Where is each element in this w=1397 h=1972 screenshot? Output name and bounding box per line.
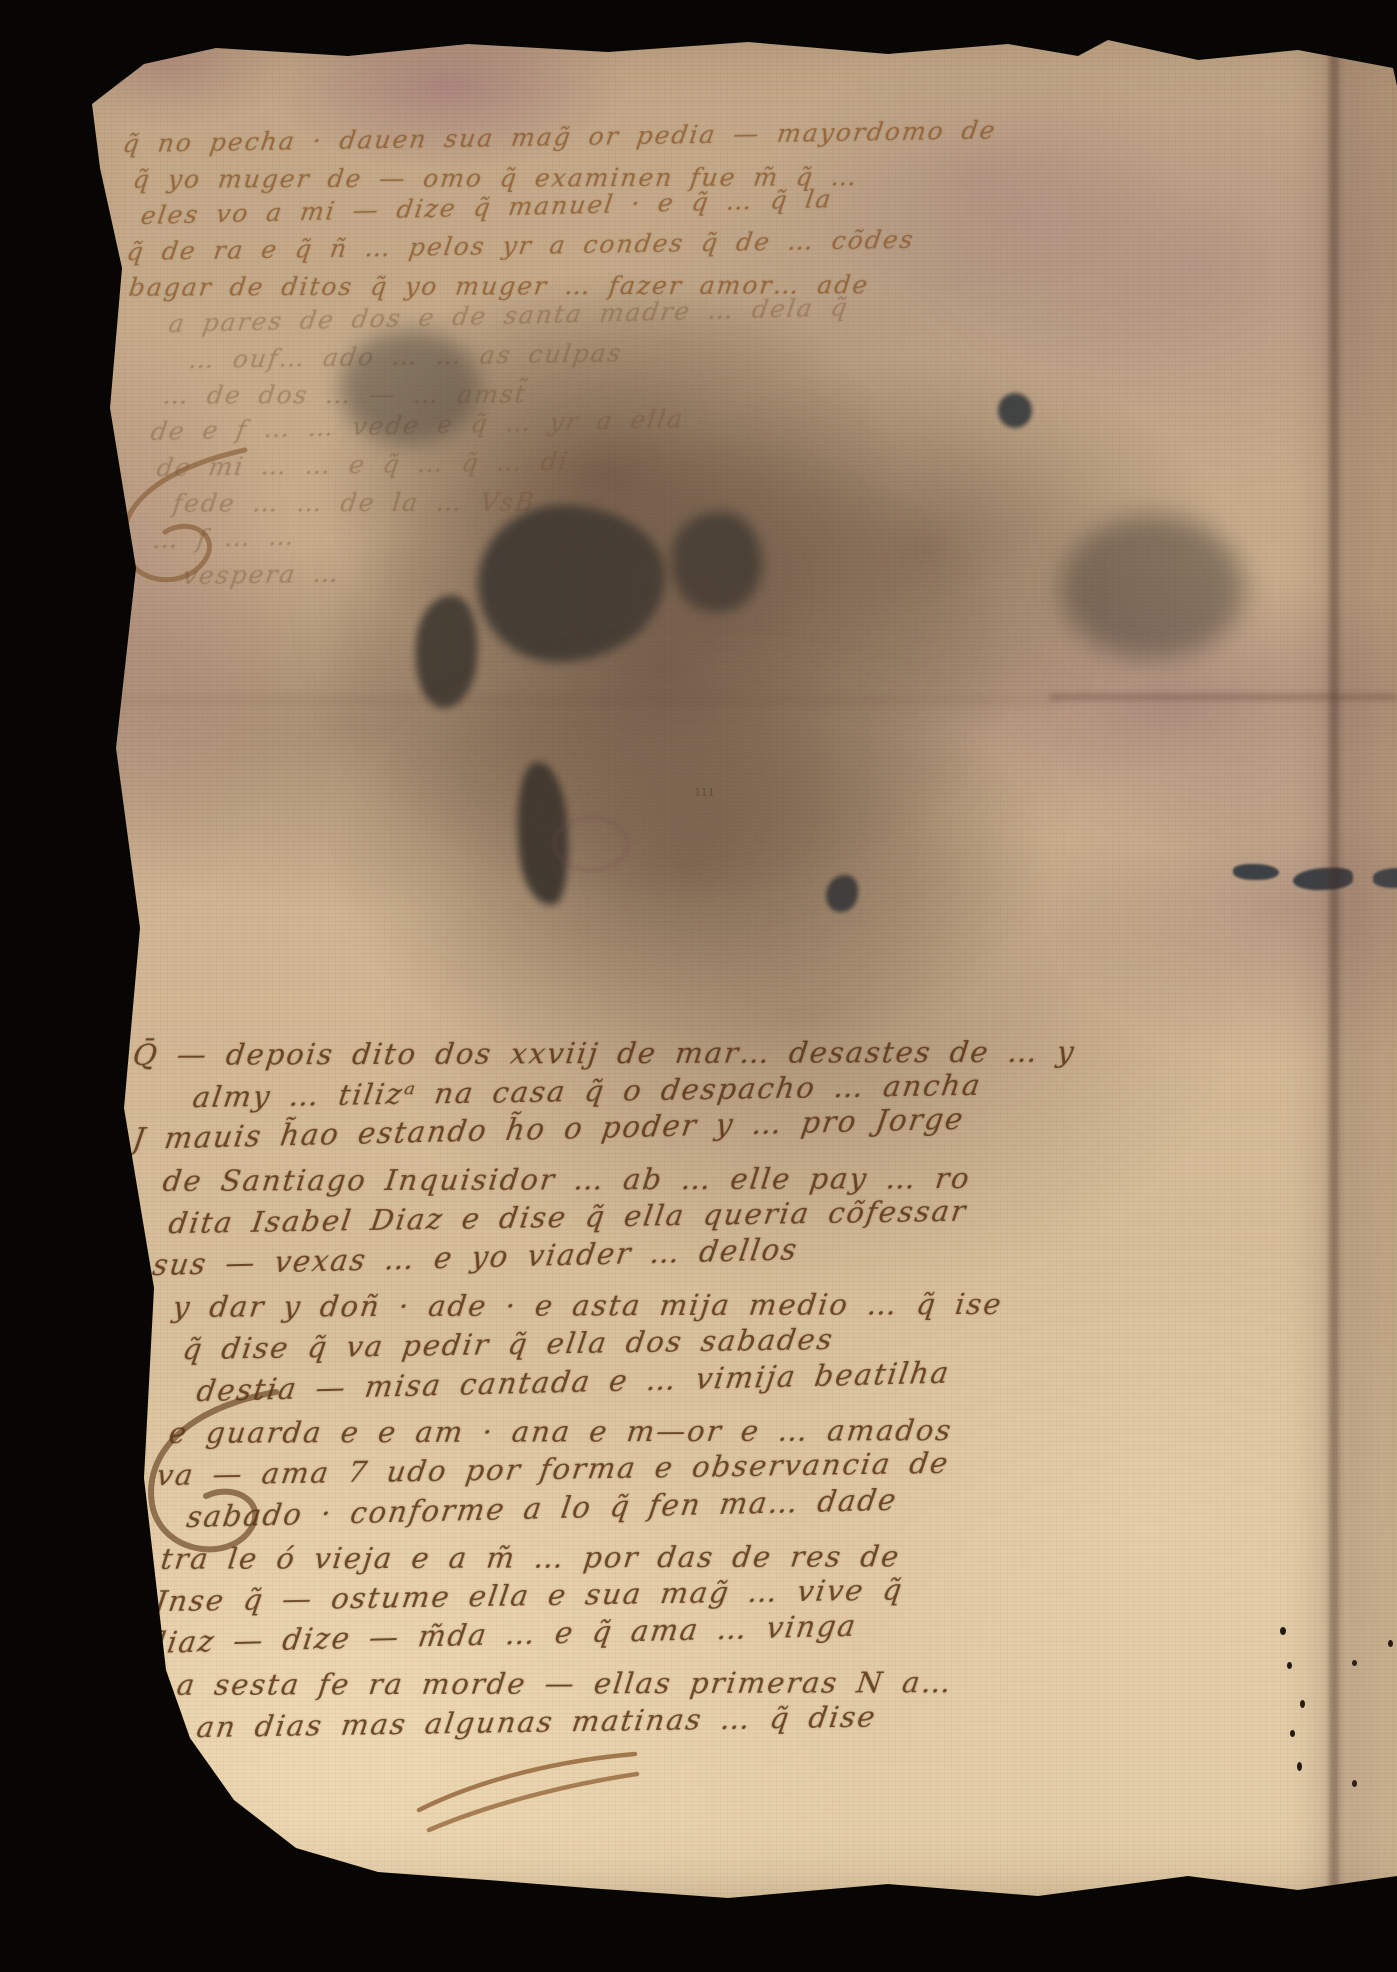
wormhole — [1297, 1762, 1302, 1771]
ink-speck — [1292, 866, 1353, 891]
wormhole — [1290, 1730, 1295, 1737]
horizontal-fold-crease — [1050, 692, 1397, 702]
interline-tick-marks: ııı — [695, 782, 715, 800]
wormhole — [1352, 1780, 1357, 1787]
wormhole — [1352, 1660, 1357, 1666]
fold-shadow-band — [1298, 26, 1397, 1906]
ink-blot-vertical — [407, 591, 485, 712]
wormhole — [1300, 1700, 1305, 1708]
rubric-flourish — [413, 1748, 643, 1836]
wormhole — [1287, 1662, 1292, 1669]
smudge-stain — [340, 330, 480, 445]
ink-blot-small — [826, 875, 858, 912]
edge-speck — [58, 252, 76, 274]
ink-speck — [1233, 864, 1279, 880]
ink-blot-large — [478, 505, 665, 662]
wormhole — [1280, 1627, 1286, 1635]
manuscript-line: q̃ no pecha · dauen sua mag̃ or pedia — … — [120, 111, 1055, 162]
ink-blot-small — [998, 393, 1032, 428]
wormhole — [1388, 1640, 1393, 1647]
ink-speck — [1373, 868, 1397, 888]
ink-blot — [672, 512, 762, 612]
horizontal-fold-crease — [48, 696, 1058, 704]
photograph-black-backing: q̃ no pecha · dauen sua mag̃ or pedia — … — [0, 0, 1397, 1972]
vertical-fold-crease — [1328, 26, 1342, 1906]
margin-flourish — [95, 440, 285, 610]
margin-flourish — [126, 1384, 306, 1589]
stain-ring — [553, 816, 629, 872]
smudge-stain — [1060, 515, 1245, 660]
manuscript-page: q̃ no pecha · dauen sua mag̃ or pedia — … — [48, 26, 1397, 1906]
